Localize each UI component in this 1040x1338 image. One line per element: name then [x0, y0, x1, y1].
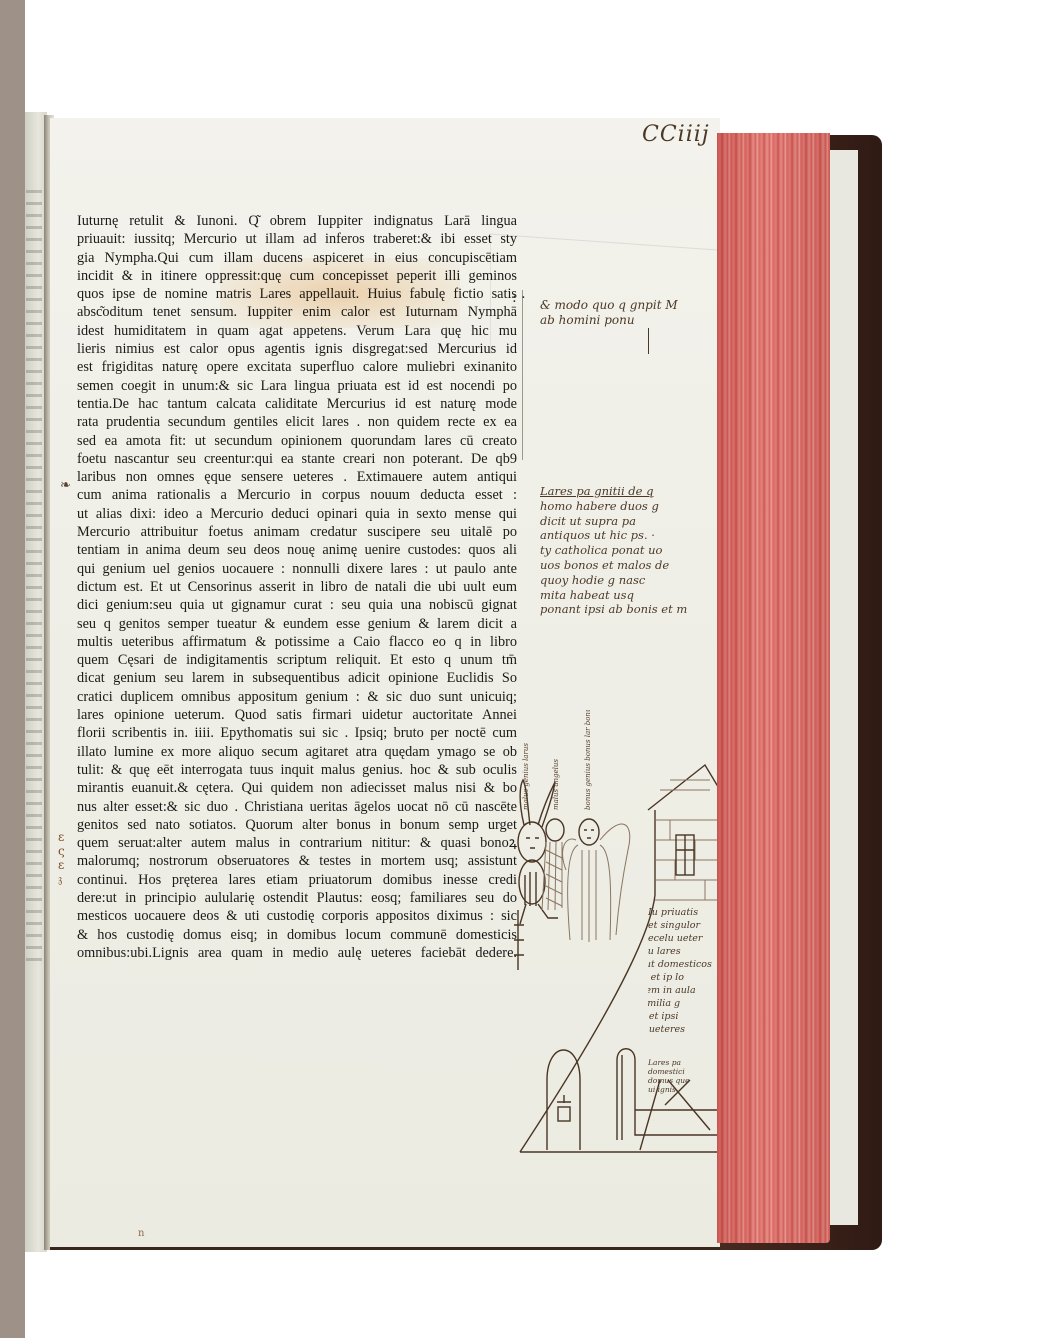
marginal-note-hearth: Lares pa domestici domus que ui ignis	[648, 1058, 708, 1094]
shaded-figure-label: malus angelus	[552, 759, 560, 810]
note-line: Lares pa	[648, 1058, 708, 1067]
printed-text-line: multis ueteribus affirmatum & potissime …	[77, 633, 517, 651]
note-line: antiquos ut hic ps. ·	[540, 528, 720, 543]
printed-text-line: omnibus:ubi.Lignis area quam in medio au…	[77, 944, 517, 962]
printed-text-line: tentiam in anima deum seu deos nouę anim…	[77, 541, 517, 559]
note-line: quoy hodie g nasc	[540, 573, 720, 588]
printed-text-line: idest humiditatem in quam agat appetens.…	[77, 322, 517, 340]
printed-text-line: quem seruat:alter autem malus in contrar…	[77, 834, 517, 852]
printed-text-line: nus alter esset:& sic duo . Christiana u…	[77, 798, 517, 816]
marginal-note-house: Iu priuatis et singulor ecelu ueter Iu l…	[648, 906, 720, 1036]
printed-text-line: est frigiditas naturę opere excitata sup…	[77, 358, 517, 376]
printed-text-line: Mercurio attribuitur foetus animam creda…	[77, 523, 517, 541]
printed-text-line: dere:ut in principio aulularię ostendit …	[77, 889, 517, 907]
margin-rule	[522, 290, 523, 460]
note-line: uos bonos et malos de	[540, 558, 720, 573]
printed-text-line: qui genium uel genios uocauere : nonnull…	[77, 560, 517, 578]
printed-text-line: priuauit: iussitq; Mercurio ut illam ad …	[77, 230, 517, 248]
printed-text-line: laribus non omnes ęque sensere ueteres .…	[77, 468, 517, 486]
printed-text-line: mirantis euanuit.& cętera. Qui quidem no…	[77, 779, 517, 797]
marginal-note-top: & modo quo q gnpit M ab homini ponu	[540, 298, 678, 328]
printed-text-line: lares opinione ueterum. Quod satis firma…	[77, 706, 517, 724]
note-line: Aut domesticos	[648, 958, 720, 971]
printed-text-line: cratici duplicem omnibus appositum geniu…	[77, 688, 517, 706]
note-line: tota familia g	[648, 997, 720, 1010]
printed-text-line: genitos sed nato sotiatos. Quorum alter …	[77, 816, 517, 834]
printed-text-line: incidit & in itinere oppressit:quę cum c…	[77, 267, 517, 285]
printed-text-line: lieris nimius est calor opus agentis ign…	[77, 340, 517, 358]
printed-text-line: dicat genium seu larem in subsequentibus…	[77, 669, 517, 687]
hare-label: malus genius larus	[522, 743, 530, 810]
shaded-figure-icon	[542, 819, 564, 910]
note-line: Lares pa gnitii de q	[540, 484, 720, 499]
signature-mark: n	[138, 1228, 144, 1239]
printed-text-line: rata prudentia secundum gentiles elicit …	[77, 413, 517, 431]
printed-text-line: seu q genitos semper tueatur & eundem es…	[77, 615, 517, 633]
note-line: quidem in aula	[648, 984, 720, 997]
printed-text-line: mesticos uocauere deos & uti custodię co…	[77, 907, 517, 925]
printed-text-line: malorumq; nostrorum obseruatores & teste…	[77, 852, 517, 870]
printed-text-line: absc͂oditum tenet sensum. Iuppiter enim …	[77, 303, 517, 321]
folio-number: CCiiij	[642, 122, 710, 147]
printed-text-line: dictum est. Et ut Censorinus asserit in …	[77, 578, 517, 596]
cover-board-edge	[828, 150, 858, 1225]
printed-text-line: quos ipse de nomine matris Lares appella…	[77, 285, 517, 303]
note-line: offerebat ueteres	[648, 1023, 720, 1036]
printed-text-line: florii scribentis in. iiii. Epythomatis …	[77, 724, 517, 742]
angel-figure-icon	[563, 819, 630, 942]
printed-text-line: & hos custodię domus eisq; in domibus lo…	[77, 926, 517, 944]
note-line: ty catholica ponat uo	[540, 543, 720, 558]
note-line: ponant ipsi ab bonis et m	[540, 602, 720, 617]
note-line: ecelu ueter	[648, 932, 720, 945]
printed-text-line: sed ea amota fit: ut secundum opinionem …	[77, 432, 517, 450]
fleuron-mark: ❧	[60, 478, 71, 493]
bracket-mark: ɛ ς ɛ 𝔷	[58, 830, 65, 886]
note-line: ab homini ponu	[540, 313, 678, 328]
note-line: domestici	[648, 1067, 708, 1076]
note-line: Iu priuatis	[648, 906, 720, 919]
note-line: ui ignis	[648, 1085, 708, 1094]
fore-edge-shading	[717, 133, 830, 1243]
left-border-strip	[0, 0, 25, 1338]
marginal-dots: : ·	[512, 290, 526, 306]
note-line: Iu lares	[648, 945, 720, 958]
note-line: bat et ip lo	[648, 971, 720, 984]
printed-text-line: gia Nympha.Qui cum illam ducens aspicere…	[77, 249, 517, 267]
printed-text-line: cum anima rationalis a Mercurio in corpu…	[77, 486, 517, 504]
printed-text-line: illato lumine ex more aliquo secum agita…	[77, 743, 517, 761]
printed-text-line: ut alias dixi: ideo a Mercurio deduci op…	[77, 505, 517, 523]
printed-text-line: semen coegit in unum:& sic Lara lingua p…	[77, 377, 517, 395]
note-line: ad ignis et ipsi	[648, 1010, 720, 1023]
printed-text-line: foetu nascantur seu creentur:qui ea stan…	[77, 450, 517, 468]
marginal-note-middle: Lares pa gnitii de q homo habere duos g …	[540, 484, 720, 617]
verso-text-shadow	[26, 190, 42, 970]
printed-text-line: tentia.De hac tantum calcata caliditate …	[77, 395, 517, 413]
printed-text-line: dici genium:seu quia ut gignamur curat :…	[77, 596, 517, 614]
pen-stroke	[648, 328, 649, 354]
angel-label: bonus genius bonus lar bonus angelus	[584, 710, 592, 810]
note-line: homo habere duos g	[540, 499, 720, 514]
printed-text-line: Iuturnę retulit & Iunoni. Q͂ obrem Iuppi…	[77, 212, 517, 230]
printed-text-block: Iuturnę retulit & Iunoni. Q͂ obrem Iuppi…	[77, 212, 517, 962]
note-line: mita habeat usq	[540, 588, 720, 603]
note-line: dicit ut supra pa	[540, 514, 720, 529]
printed-text-line: quem Cęsari de indigitamentis scriptum r…	[77, 651, 517, 669]
note-line: et singulor	[648, 919, 720, 932]
printed-text-line: continui. Hos pręterea lares etiam priua…	[77, 871, 517, 889]
note-line: & modo quo q gnpit M	[540, 298, 678, 313]
note-line: domus que	[648, 1076, 708, 1085]
printed-text-line: tulit: & quę eēt interrogata tuus inquit…	[77, 761, 517, 779]
